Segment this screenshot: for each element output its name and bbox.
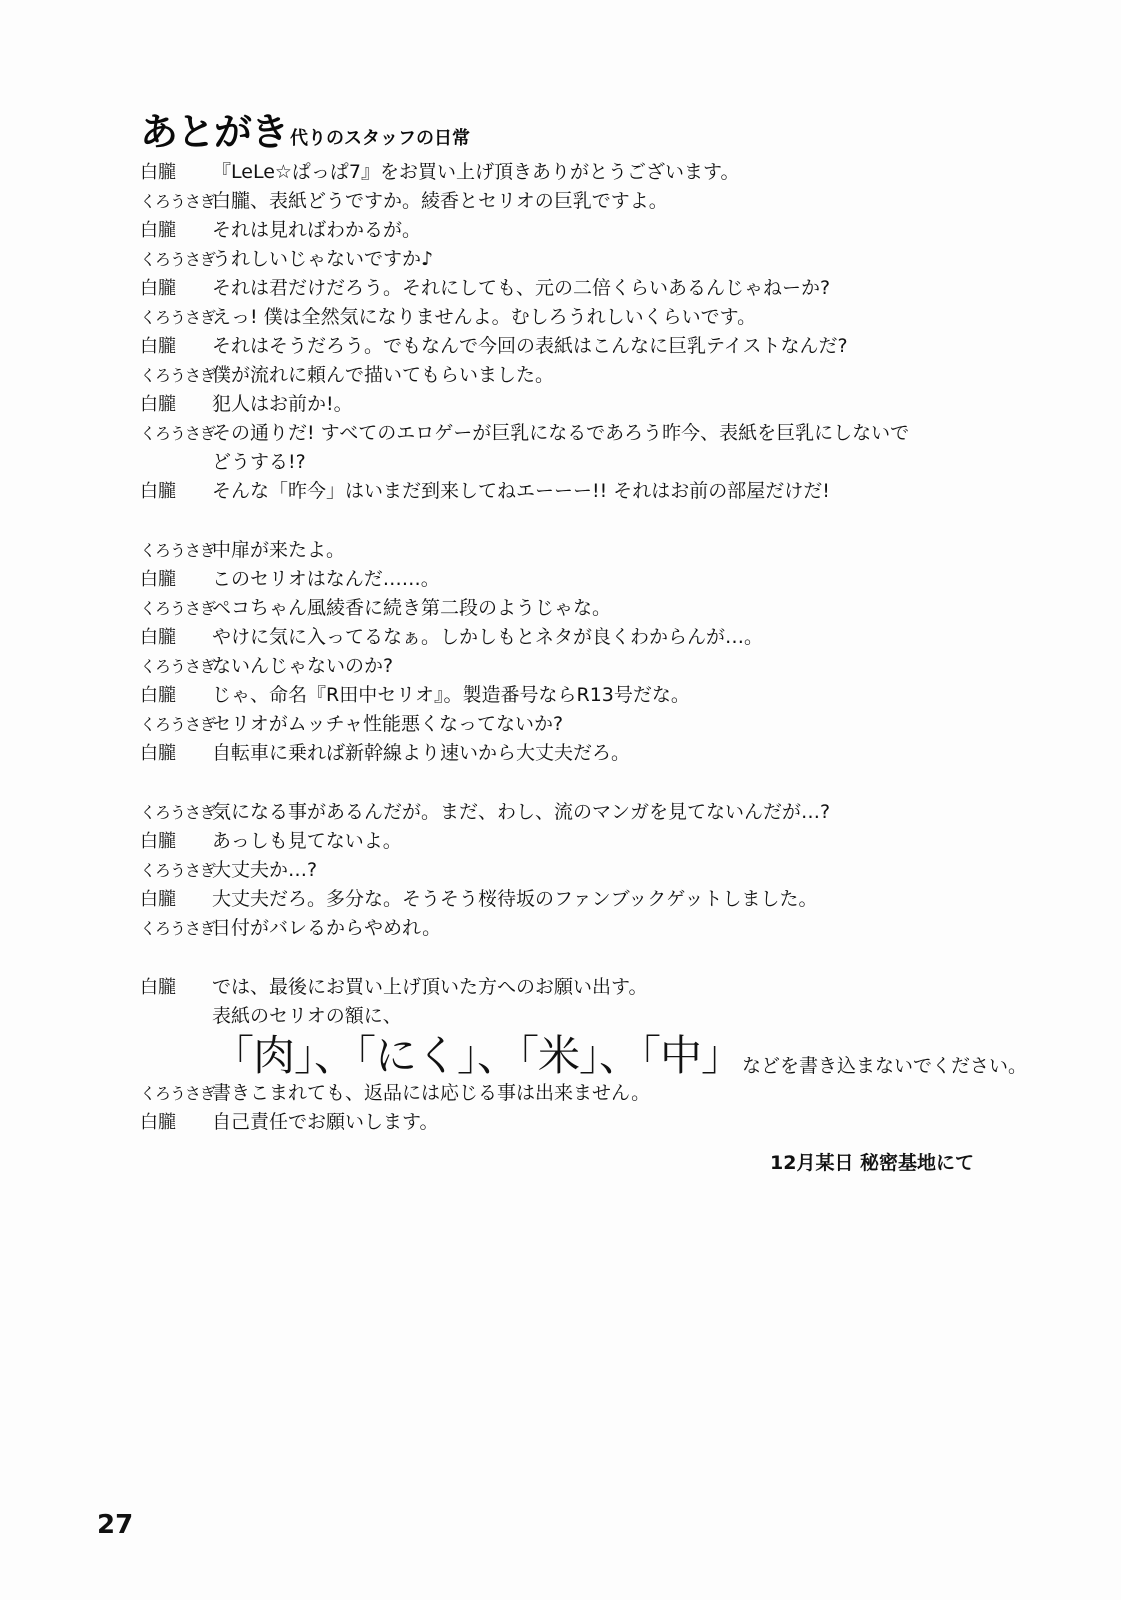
emphasis-words: 「肉」、「にく」、「米」、「中」 [212,1033,742,1079]
speaker-name: 白朧 [140,158,212,187]
dialogue-line: くろうさぎ僕が流れに頼んで描いてもらいました。 [140,361,1000,390]
speaker-name: くろうさぎ [140,536,212,565]
dialogue-line: 白朧やけに気に入ってるなぁ。しかしもとネタが良くわからんが…。 [140,623,1000,652]
speaker-name: くろうさぎ [140,419,212,448]
emphasis-line: 「肉」、「にく」、「米」、「中」 などを書き込まないでください。 [212,1031,1000,1079]
dialogue-line: 白朧大丈夫だろ。多分な。そうそう桜待坂のファンブックゲットしました。 [140,885,1000,914]
section-gap [140,506,1000,536]
speaker-name: くろうさぎ [140,361,212,390]
speaker-name: くろうさぎ [140,1079,212,1108]
speaker-name [140,1002,212,1031]
dialogue-text: ないんじゃないのか? [212,652,1000,681]
dialogue-text: その通りだ! すべてのエロゲーが巨乳になるであろう昨今、表紙を巨乳にしないで [212,419,1000,448]
dialogue-text: ペコちゃん風綾香に続き第二段のようじゃな。 [212,594,1000,623]
speaker-name: 白朧 [140,390,212,419]
dialogue-line: 白朧このセリオはなんだ……。 [140,565,1000,594]
speaker-name: くろうさぎ [140,856,212,885]
dialogue-text: うれしいじゃないですか♪ [212,245,1000,274]
page-title: あとがき 代りのスタッフの日常 [140,112,470,152]
dialogue-line: くろうさぎ気になる事があるんだが。まだ、わし、流のマンガを見てないんだが…? [140,798,1000,827]
dialogue-text: 『LeLe☆ぱっぱ7』をお買い上げ頂きありがとうございます。 [212,158,1000,187]
speaker-name: 白朧 [140,216,212,245]
speaker-name: 白朧 [140,1108,212,1137]
dialogue-line: くろうさぎセリオがムッチャ性能悪くなってないか? [140,710,1000,739]
dialogue-text: どうする!? [212,448,1000,477]
speaker-name: 白朧 [140,274,212,303]
dialogue-line: 白朧自転車に乗れば新幹線より速いから大丈夫だろ。 [140,739,1000,768]
dialogue-line: くろうさぎペコちゃん風綾香に続き第二段のようじゃな。 [140,594,1000,623]
dialogue-line: くろうさぎその通りだ! すべてのエロゲーが巨乳になるであろう昨今、表紙を巨乳にし… [140,419,1000,448]
speaker-name: くろうさぎ [140,594,212,623]
dialogue-line: 白朧あっしも見てないよ。 [140,827,1000,856]
dialogue-line: 白朧じゃ、命名『R田中セリオ』。製造番号ならR13号だな。 [140,681,1000,710]
dialogue-section-1: 白朧『LeLe☆ぱっぱ7』をお買い上げ頂きありがとうございます。 くろうさぎ白朧… [140,158,1000,506]
dialogue-text: 表紙のセリオの額に、 [212,1002,1000,1031]
speaker-name: くろうさぎ [140,187,212,216]
title-main: あとがき [140,112,288,152]
dialogue-line: くろうさぎ中扉が来たよ。 [140,536,1000,565]
section-gap [140,768,1000,798]
speaker-name: くろうさぎ [140,303,212,332]
dialogue-line: くろうさぎ書きこまれても、返品には応じる事は出来ません。 [140,1079,1000,1108]
speaker-name: 白朧 [140,332,212,361]
dialogue-text: 自転車に乗れば新幹線より速いから大丈夫だろ。 [212,739,1000,768]
signature-dateline: 12月某日 秘密基地にて [770,1148,974,1175]
speaker-name: 白朧 [140,827,212,856]
dialogue-text: そんな「昨今」はいまだ到来してねエーーー!! それはお前の部屋だけだ! [212,477,1000,506]
dialogue-line: くろうさぎうれしいじゃないですか♪ [140,245,1000,274]
speaker-name: くろうさぎ [140,914,212,943]
dialogue-text: それはそうだろう。でもなんで今回の表紙はこんなに巨乳テイストなんだ? [212,332,1000,361]
dialogue-section-2: くろうさぎ中扉が来たよ。 白朧このセリオはなんだ……。 くろうさぎペコちゃん風綾… [140,536,1000,768]
dialogue-text: 書きこまれても、返品には応じる事は出来ません。 [212,1079,1000,1108]
dialogue-text: 気になる事があるんだが。まだ、わし、流のマンガを見てないんだが…? [212,798,1000,827]
dialogue-text: それは見ればわかるが。 [212,216,1000,245]
speaker-name: くろうさぎ [140,798,212,827]
dialogue-text: このセリオはなんだ……。 [212,565,1000,594]
dialogue-line: 白朧自己責任でお願いします。 [140,1108,1000,1137]
dialogue-text: 白朧、表紙どうですか。綾香とセリオの巨乳ですよ。 [212,187,1000,216]
dialogue-text: 犯人はお前か!。 [212,390,1000,419]
speaker-name: 白朧 [140,885,212,914]
speaker-name: 白朧 [140,973,212,1002]
dialogue-line: くろうさぎないんじゃないのか? [140,652,1000,681]
manga-afterword-page: あとがき 代りのスタッフの日常 白朧『LeLe☆ぱっぱ7』をお買い上げ頂きありが… [0,0,1121,1600]
dialogue-line: 白朧それはそうだろう。でもなんで今回の表紙はこんなに巨乳テイストなんだ? [140,332,1000,361]
dialogue-section-4: 白朧では、最後にお買い上げ頂いた方へのお願い出す。 表紙のセリオの額に、 「肉」… [140,973,1000,1137]
dialogue-text: セリオがムッチャ性能悪くなってないか? [212,710,1000,739]
dialogue-line: くろうさぎ日付がバレるからやめれ。 [140,914,1000,943]
emphasis-tail: などを書き込まないでください。 [742,1053,1027,1079]
dialogue-text: 僕が流れに頼んで描いてもらいました。 [212,361,1000,390]
dialogue-line-continuation: どうする!? [140,448,1000,477]
page-number: 27 [97,1510,133,1540]
dialogue-text: じゃ、命名『R田中セリオ』。製造番号ならR13号だな。 [212,681,1000,710]
speaker-name: 白朧 [140,623,212,652]
dialogue-text: 大丈夫か…? [212,856,1000,885]
dialogue-text: 日付がバレるからやめれ。 [212,914,1000,943]
speaker-name: 白朧 [140,477,212,506]
dialogue-line: くろうさぎ白朧、表紙どうですか。綾香とセリオの巨乳ですよ。 [140,187,1000,216]
section-gap [140,943,1000,973]
dialogue-block: 白朧『LeLe☆ぱっぱ7』をお買い上げ頂きありがとうございます。 くろうさぎ白朧… [140,158,1000,1137]
dialogue-line: 白朧犯人はお前か!。 [140,390,1000,419]
dialogue-text: それは君だけだろう。それにしても、元の二倍くらいあるんじゃねーか? [212,274,1000,303]
dialogue-line-continuation: 表紙のセリオの額に、 [140,1002,1000,1031]
speaker-name [140,448,212,477]
speaker-name: くろうさぎ [140,245,212,274]
dialogue-section-3: くろうさぎ気になる事があるんだが。まだ、わし、流のマンガを見てないんだが…? 白… [140,798,1000,943]
speaker-name: 白朧 [140,681,212,710]
dialogue-text: 中扉が来たよ。 [212,536,1000,565]
dialogue-line: 白朧では、最後にお買い上げ頂いた方へのお願い出す。 [140,973,1000,1002]
dialogue-line: 白朧それは見ればわかるが。 [140,216,1000,245]
dialogue-text: えっ! 僕は全然気になりませんよ。むしろうれしいくらいです。 [212,303,1000,332]
speaker-name: くろうさぎ [140,710,212,739]
speaker-name: 白朧 [140,739,212,768]
dialogue-text: あっしも見てないよ。 [212,827,1000,856]
title-subtitle: 代りのスタッフの日常 [290,128,470,150]
dialogue-line: 白朧『LeLe☆ぱっぱ7』をお買い上げ頂きありがとうございます。 [140,158,1000,187]
dialogue-line: くろうさぎ大丈夫か…? [140,856,1000,885]
speaker-name: 白朧 [140,565,212,594]
dialogue-text: 自己責任でお願いします。 [212,1108,1000,1137]
dialogue-text: では、最後にお買い上げ頂いた方へのお願い出す。 [212,973,1000,1002]
dialogue-line: くろうさぎえっ! 僕は全然気になりませんよ。むしろうれしいくらいです。 [140,303,1000,332]
dialogue-line: 白朧それは君だけだろう。それにしても、元の二倍くらいあるんじゃねーか? [140,274,1000,303]
dialogue-line: 白朧そんな「昨今」はいまだ到来してねエーーー!! それはお前の部屋だけだ! [140,477,1000,506]
dialogue-text: 大丈夫だろ。多分な。そうそう桜待坂のファンブックゲットしました。 [212,885,1000,914]
dialogue-text: やけに気に入ってるなぁ。しかしもとネタが良くわからんが…。 [212,623,1000,652]
speaker-name: くろうさぎ [140,652,212,681]
